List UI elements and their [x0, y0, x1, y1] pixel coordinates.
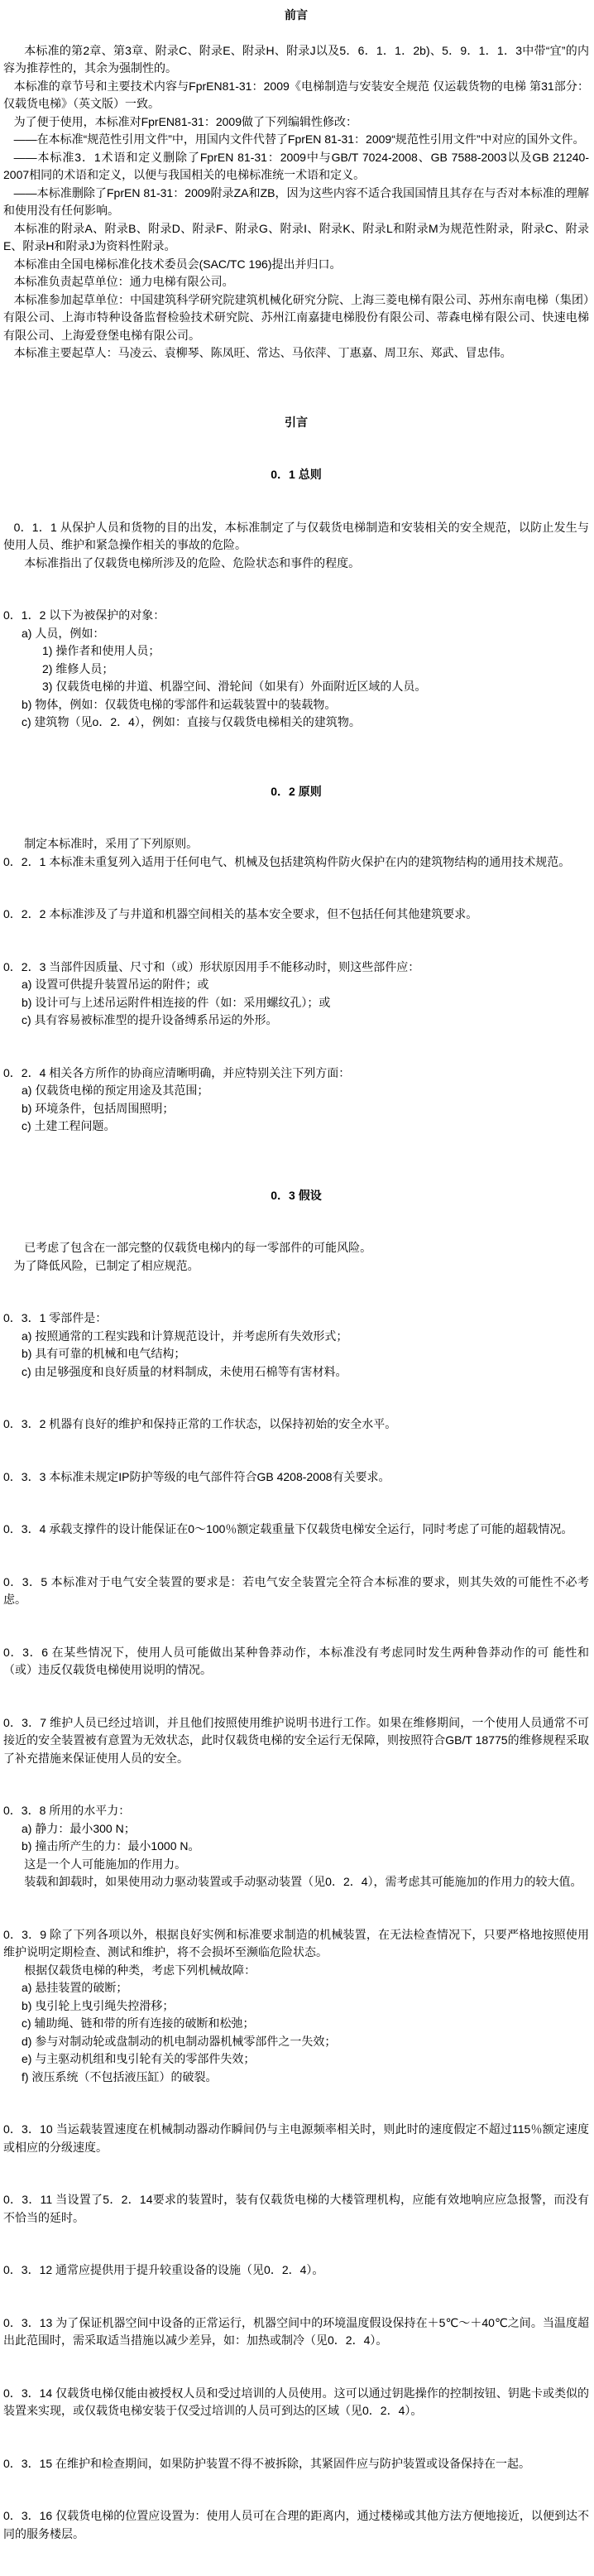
paragraph: 0．3．3 本标准未规定IP防护等级的电气部件符合GB 4208-2008有关要… [3, 1468, 589, 1487]
paragraph: 本标准的第2章、第3章、附录C、附录E、附录H、附录J以及5．6．1．1．2b)… [3, 42, 589, 78]
paragraph: 0．3．7 维护人员已经过培训，并且他们按照使用维护说明书进行工作。如果在维修期… [3, 1714, 589, 1768]
paragraph: 0．3．12 通常应提供用于提升较重设备的设施（见0．2．4）。 [3, 2261, 589, 2280]
paragraph: 0．1．1 从保护人员和货物的目的出发，本标准制定了与仅载货电梯制造和安装相关的… [3, 519, 589, 555]
paragraph: 本标准负责起草单位：通力电梯有限公司。 [3, 273, 589, 291]
paragraph: 0．3．16 仅载货电梯的位置应设置为：使用人员可在合理的距离内，通过楼梯或其他… [3, 2507, 589, 2543]
paragraph: 0．3．14 仅载货电梯仅能由被授权人员和受过培训的人员使用。这可以通过钥匙操作… [3, 2385, 589, 2420]
paragraph: ——本标准3．1术语和定义删除了FprEN 81-31：2009中与GB/T 7… [3, 149, 589, 185]
paragraph: 制定本标准时，采用了下列原则。 [3, 835, 589, 853]
paragraph: 根据仅载货电梯的种类，考虑下列机械故障： [3, 1962, 589, 1980]
paragraph: 0．3．13 为了保证机器空间中设备的正常运行，机器空间中的环境温度假设保持在＋… [3, 2314, 589, 2350]
paragraph: 0．3．4 承载支撑件的设计能保证在0～100％额定载重量下仅载货电梯安全运行，… [3, 1521, 589, 1539]
list-item: a) 按照通常的工程实践和计算规范设计，并考虑所有失效形式； [3, 1328, 589, 1346]
section-heading: 0．1 总则 [3, 466, 589, 484]
list-item: b) 撞击所产生的力：最小1000 N。 [3, 1838, 589, 1856]
paragraph: 本标准参加起草单位：中国建筑科学研究院建筑机械化研究分院、上海三菱电梯有限公司、… [3, 291, 589, 345]
list-item: b) 具有可靠的机械和电气结构； [3, 1345, 589, 1363]
paragraph: 0．3．5 本标准对于电气安全装置的要求是：若电气安全装置完全符合本标准的要求，… [3, 1574, 589, 1609]
paragraph: 这是一个人可能施加的作用力。 [3, 1856, 589, 1874]
paragraph: ——在本标准“规范性引用文件”中，用国内文件代替了FprEN 81-31：200… [3, 131, 589, 149]
list-item: 2) 维修人员； [3, 661, 589, 679]
paragraph: 本标准的章节号和主要技术内容与FprEN81-31：2009《电梯制造与安装安全… [3, 78, 589, 113]
list-item: e) 与主驱动机组和曳引轮有关的零部件失效； [3, 2050, 589, 2069]
paragraph: 0．3．8 所用的水平力： [3, 1802, 589, 1820]
paragraph: 0．3．9 除了下列各项以外，根据良好实例和标准要求制造的机械装置，在无法检查情… [3, 1926, 589, 1962]
document-page: 前言本标准的第2章、第3章、附录C、附录E、附录H、附录J以及5．6．1．1．2… [0, 0, 594, 2576]
paragraph: 本标准的附录A、附录B、附录D、附录F、附录G、附录I、附录K、附录L和附录M为… [3, 220, 589, 256]
paragraph: 0．3．15 在维护和检查期间，如果防护装置不得不被拆除，其紧固件应与防护装置或… [3, 2455, 589, 2473]
paragraph: 0．1．2 以下为被保护的对象： [3, 607, 589, 625]
paragraph: 0．2．1 本标准未重复列入适用于任何电气、机械及包括建筑构件防火保护在内的建筑… [3, 853, 589, 872]
paragraph: ——本标准删除了FprEN 81-31：2009附录ZA和ZB，因为这些内容不适… [3, 185, 589, 220]
paragraph: 为了降低风险，已制定了相应规范。 [3, 1257, 589, 1276]
list-item: c) 辅助绳、链和带的所有连接的破断和松弛； [3, 2015, 589, 2033]
list-item: c) 由足够强度和良好质量的材料制成，未使用石棉等有害材料。 [3, 1363, 589, 1382]
list-item: a) 静力：最小300 N； [3, 1820, 589, 1838]
list-item: 1) 操作者和使用人员； [3, 642, 589, 661]
list-item: c) 建筑物（见o．2．4），例如：直接与仅载货电梯相关的建筑物。 [3, 714, 589, 732]
list-item: d) 参与对制动轮或盘制动的机电制动器机械零部件之一失效； [3, 2033, 589, 2051]
doc-title: 引言 [3, 414, 589, 432]
list-item: f) 液压系统（不包括液压缸）的破裂。 [3, 2069, 589, 2087]
list-item: a) 人员，例如： [3, 625, 589, 643]
paragraph: 本标准指出了仅载货电梯所涉及的危险、危险状态和事件的程度。 [3, 555, 589, 573]
list-item: b) 曳引轮上曳引绳失控滑移； [3, 1997, 589, 2016]
list-item: b) 环境条件，包括周围照明； [3, 1100, 589, 1118]
paragraph: 0．3．6 在某些情况下，使用人员可能做出某种鲁莽动作，本标准没有考虑同时发生两… [3, 1644, 589, 1680]
list-item: a) 设置可供提升装置吊运的附件；或 [3, 976, 589, 994]
section-heading: 0．3 假设 [3, 1187, 589, 1205]
paragraph: 已考虑了包含在一部完整的仅载货电梯内的每一零部件的可能风险。 [3, 1239, 589, 1257]
paragraph: 0．2．3 当部件因质量、尺寸和（或）形状原因用手不能移动时，则这些部件应： [3, 959, 589, 977]
paragraph: 0．2．4 相关各方所作的协商应清晰明确，并应特别关注下列方面： [3, 1065, 589, 1083]
paragraph: 本标准主要起草人：马凌云、袁柳琴、陈凤旺、常达、马依萍、丁惠嘉、周卫东、郑武、冒… [3, 344, 589, 363]
list-item: c) 土建工程问题。 [3, 1117, 589, 1136]
paragraph: 0．3．1 零部件是： [3, 1310, 589, 1328]
paragraph: 为了便于使用，本标准对FprEN81-31：2009做了下列编辑性修改： [3, 113, 589, 132]
paragraph: 0．3．11 当设置了5．2．14要求的装置时，装有仅载货电梯的大楼管理机构，应… [3, 2191, 589, 2227]
list-item: b) 物体，例如：仅载货电梯的零部件和运载装置中的装载物。 [3, 696, 589, 714]
paragraph: 0．3．2 机器有良好的维护和保持正常的工作状态，以保持初始的安全水平。 [3, 1415, 589, 1434]
list-item: b) 设计可与上述吊运附件相连接的件（如：采用螺纹孔）；或 [3, 994, 589, 1012]
doc-title: 前言 [3, 7, 589, 25]
paragraph: 装载和卸载时，如果使用动力驱动装置或手动驱动装置（见0．2．4），需考虑其可能施… [3, 1873, 589, 1891]
paragraph: 0．2．2 本标准涉及了与井道和机器空间相关的基本安全要求，但不包括任何其他建筑… [3, 906, 589, 924]
list-item: 3) 仅载货电梯的井道、机器空间、滑轮间（如果有）外面附近区域的人员。 [3, 678, 589, 696]
list-item: a) 仅载货电梯的预定用途及其范围； [3, 1082, 589, 1100]
section-heading: 0．2 原则 [3, 783, 589, 801]
paragraph: 本标准由全国电梯标准化技术委员会(SAC/TC 196)提出并归口。 [3, 256, 589, 274]
paragraph: 0．3．10 当运载装置速度在机械制动器动作瞬间仍与主电源频率相关时，则此时的速… [3, 2121, 589, 2156]
list-item: a) 悬挂装置的破断； [3, 1979, 589, 1997]
list-item: c) 具有容易被标准型的提升设备缚系吊运的外形。 [3, 1012, 589, 1030]
